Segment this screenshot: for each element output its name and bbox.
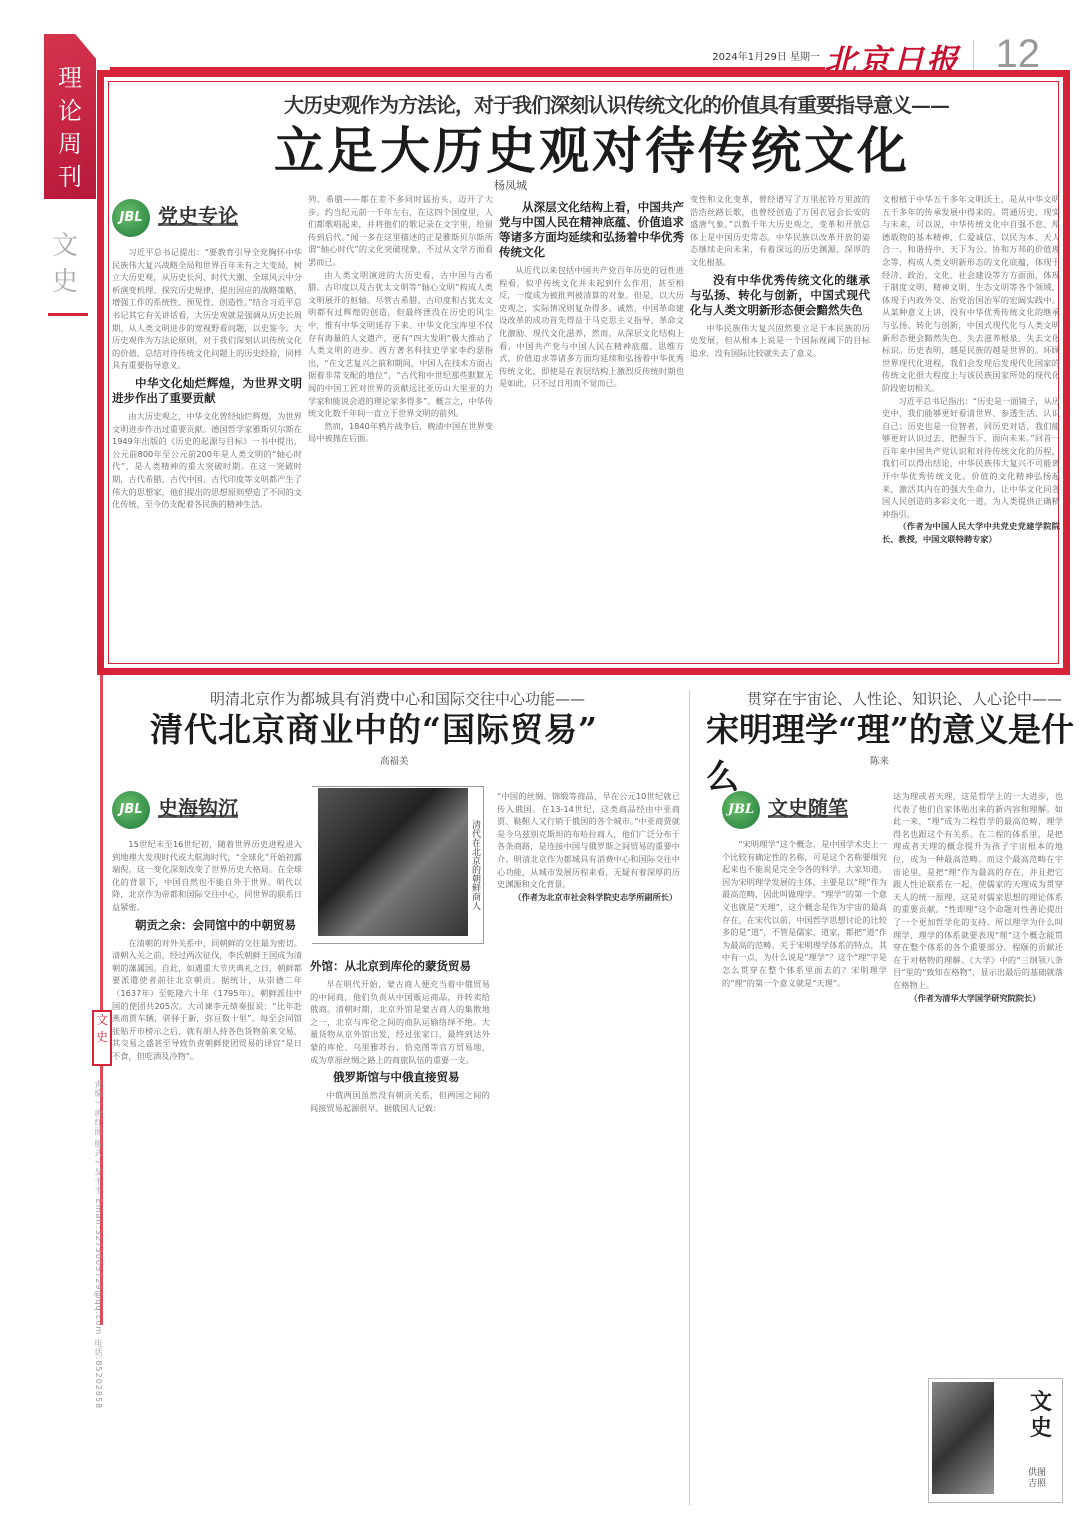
author-note: （作者为中国人民大学中共党史党建学院院长、教授，中国文联特聘专家）	[882, 520, 1060, 545]
column-title: 史海钩沉	[158, 802, 238, 819]
column-title: 党史专论	[158, 210, 238, 227]
paragraph: “中国的丝绸、锦缎等商品，早在公元10世纪就已传入俄国。在13-14世纪，这类商…	[497, 790, 680, 891]
column-badge-party-history: JBL 党史专论	[112, 198, 302, 238]
editor-credits: 责编 / 唐红丽 版式 / 吴千千 Email:3273005729@qq.co…	[92, 1080, 104, 1409]
subheading: 没有中华优秀传统文化的继承与弘扬、转化与创新，中国式现代化与人类文明新形态便会黯…	[690, 273, 870, 318]
author-note: （作者为北京市社会科学院史志学所副所长）	[497, 891, 680, 904]
article2-byline: 高福美	[380, 753, 409, 767]
feature-headline[interactable]: 立足大历史观对待传统文化	[274, 111, 910, 183]
masthead-separator	[973, 40, 974, 70]
subheading: 外馆：从北京到库伦的蒙货贸易	[310, 959, 490, 974]
article3-column-2: 达为理或者天理，这是哲学上的一大进步，也代表了他们自家体贴出来的新内容和理解。如…	[893, 790, 1063, 1375]
section-underline	[48, 313, 88, 316]
paragraph: 早在明代开始，蒙古商人便充当着中俄贸易的中间商，他们负责从中国贩运商品，并转卖给…	[310, 978, 490, 1066]
column-badge-essay: JBL 文史随笔	[722, 790, 887, 830]
jbl-logo-icon: JBL	[112, 791, 150, 829]
feature-column-3: 从深层文化结构上看，中国共产党与中国人民在精神底蕴、价值追求等诸多方面均延续和弘…	[499, 196, 684, 664]
author-note: （作者为清华大学国学研究院院长）	[893, 992, 1063, 1005]
paragraph: 由大历史观之，中华文化曾经灿烂辉煌，为世界文明进步作出过重要贡献。德国哲学家雅斯…	[112, 410, 302, 511]
feature-column-4: 变性和文化变革，曾经谱写了万里驼铃万里波的浩浩丝路长歌，也曾经创造了万国衣冠会长…	[690, 193, 870, 664]
column-title: 文史随笔	[768, 802, 848, 819]
article2-column-3: “中国的丝绸、锦缎等商品，早在公元10世纪就已传入俄国。在13-14世纪，这类商…	[497, 790, 680, 1505]
paragraph: 习近平总书记提出：“要教育引导全党胸怀中华民族伟大复兴战略全局和世界百年未有之大…	[112, 246, 302, 372]
subheading: 中华文化灿烂辉煌，为世界文明进步作出了重要贡献	[112, 376, 302, 406]
subheading: 俄罗斯馆与中俄直接贸易	[310, 1070, 490, 1085]
subheading: 朝贡之余：会同馆中的中朝贸易	[112, 918, 302, 933]
horse-rider-illustration[interactable]	[932, 1382, 994, 1494]
paragraph: 然而，1840年鸦片战争后，晚清中国在世界变局中被抛在后面。	[308, 420, 493, 445]
paragraph: 中俄两国虽然没有朝贡关系，但两国之间的间接贸易起源很早。据俄国人记载：	[310, 1089, 490, 1114]
paragraph: 文根植于中华五千多年文明沃土，是从中华文明五千多年的传承发展中得来的。贯通历史、…	[882, 193, 1060, 395]
section-banner: 理论周刊	[44, 34, 96, 199]
jbl-logo-icon: JBL	[112, 199, 150, 237]
feature-column-1: JBL 党史专论 习近平总书记提出：“要教育引导全党胸怀中华民族伟大复兴战略全局…	[112, 198, 302, 664]
article2-column-2: 外馆：从北京到库伦的蒙货贸易 早在明代开始，蒙古商人便充当着中俄贸易的中间商，他…	[310, 955, 490, 1505]
paragraph: 从近代以来包括中国共产党百年历史的冠性进程看，似乎传统文化并未起到什么作用，甚至…	[499, 264, 684, 390]
paragraph: 变性和文化变革，曾经谱写了万里驼铃万里波的浩浩丝路长歌，也曾经创造了万国衣冠会长…	[690, 193, 870, 269]
article2-column-1: JBL 史海钩沉 15世纪末至16世纪初，随着世界历史进程进入到地理大发现时代或…	[112, 790, 302, 1505]
article3-column-1: JBL 文史随笔 “宋明理学”这个概念，是中国学术史上一个比较有确定性的名称，可…	[722, 790, 887, 1505]
subheading: 从深层文化结构上看，中国共产党与中国人民在精神底蕴、价值追求等诸多方面均延续和弘…	[499, 200, 684, 260]
feature-column-2: 列、希腊——都在差不多同时猛抬头，迈开了大步。约当纪元前一千年左右，在这四个国度…	[308, 193, 493, 664]
paragraph: 列、希腊——都在差不多同时猛抬头，迈开了大步。约当纪元前一千年左右，在这四个国度…	[308, 193, 493, 269]
paragraph: “宋明理学”这个概念，是中国学术史上一个比较有确定性的名称，可是这个名称要细究起…	[722, 838, 887, 989]
illustration-title: 文史	[1030, 1390, 1054, 1442]
paragraph: 由人类文明演进的大历史看，古中国与古希腊、古印度以及古犹太文明等“轴心文明”构成…	[308, 269, 493, 420]
paragraph: 15世纪末至16世纪初，随着世界历史进程进入到地理大发现时代或大航海时代，“全球…	[112, 838, 302, 914]
seal-stamp-icon: 文史	[92, 1010, 112, 1066]
column-divider	[689, 690, 690, 1505]
article3-headline[interactable]: 宋明理学“理”的意义是什么	[706, 704, 1080, 798]
article2-headline[interactable]: 清代北京商业中的“国际贸易”	[150, 704, 598, 751]
section-banner-label: 理论周刊	[56, 62, 84, 194]
masthead: 2024年1月29日 星期一 北京日报 12	[110, 42, 1040, 72]
paragraph: 达为理或者天理，这是哲学上的一大进步，也代表了他们自家体贴出来的新内容和理解。如…	[893, 790, 1063, 992]
column-badge-history: JBL 史海钩沉	[112, 790, 302, 830]
photo-caption: 清代在北京的朝鲜商人	[468, 820, 480, 910]
paragraph: 在清朝的对外关系中，同朝鲜的交往最为密切。清朝入关之前，经过两次征伐，李氏朝鲜王…	[112, 937, 302, 1063]
jbl-logo-icon: JBL	[722, 791, 760, 829]
paragraph: 习近平总书记指出：“历史是一面镜子，从历史中，我们能够更好看清世界、参透生活、认…	[882, 395, 1060, 521]
feature-column-5: 文根植于中华五千多年文明沃土，是从中华文明五千多年的传承发展中得来的。贯通历史、…	[882, 193, 1060, 664]
illustration-credit: 供图 吉照	[1028, 1468, 1052, 1490]
paragraph: 中华民族伟大复兴固然要立足于本民族的历史发展，但从根本上说是一个国际视阈下的目标…	[690, 322, 870, 360]
article3-byline: 陈来	[870, 753, 889, 767]
section-title: 文史	[50, 228, 80, 300]
issue-date: 2024年1月29日 星期一	[712, 48, 820, 63]
korean-merchants-photo[interactable]	[318, 788, 468, 936]
feature-byline: 杨凤城	[494, 177, 527, 193]
